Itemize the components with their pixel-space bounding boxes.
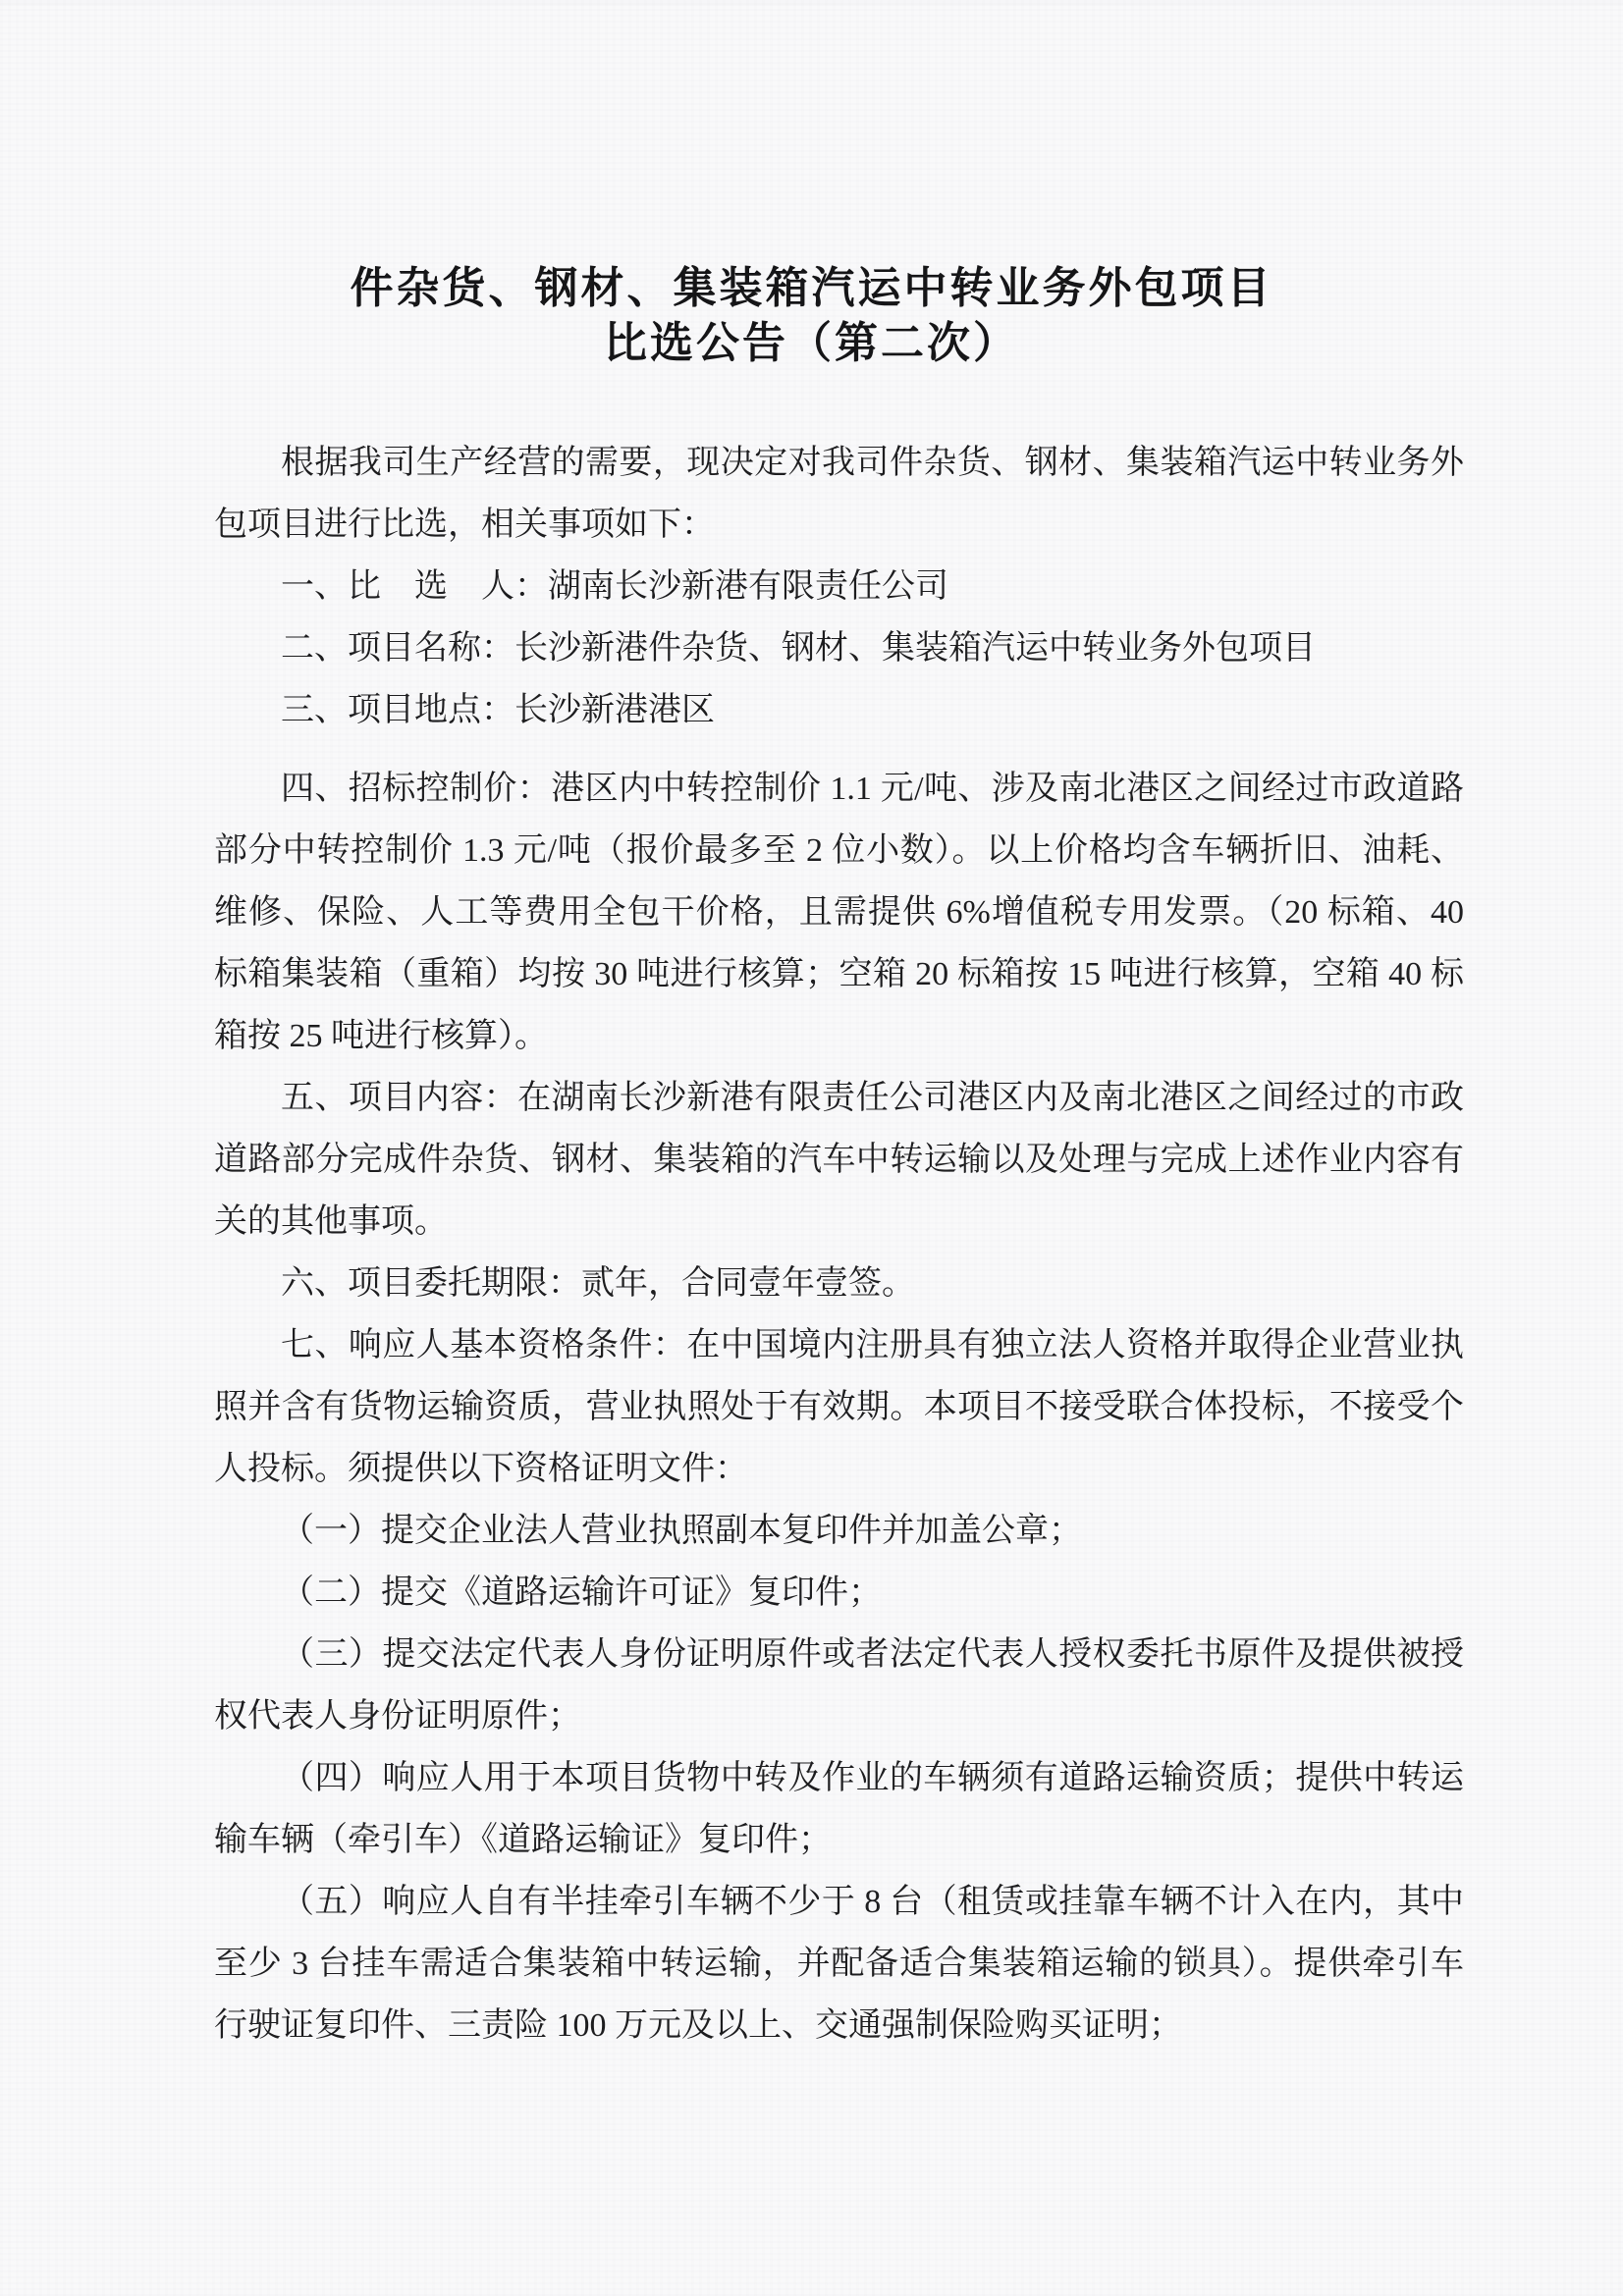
sub-item-2-road-transport-permit: （二）提交《道路运输许可证》复印件； — [214, 1562, 1464, 1624]
item-2-project-name: 二、项目名称：长沙新港件杂货、钢材、集装箱汽运中转业务外包项目 — [214, 617, 1464, 679]
document-title: 件杂货、钢材、集装箱汽运中转业务外包项目 比选公告（第二次） — [0, 0, 1623, 371]
item-5-project-content: 五、项目内容：在湖南长沙新港有限责任公司港区内及南北港区之间经过的市政道路部分完… — [214, 1067, 1464, 1253]
sub-item-4-vehicle-qualification: （四）响应人用于本项目货物中转及作业的车辆须有道路运输资质；提供中转运输车辆（牵… — [214, 1747, 1464, 1871]
item-1-selecting-party: 一、比 选 人：湖南长沙新港有限责任公司 — [214, 556, 1464, 617]
item-6-entrustment-period: 六、项目委托期限：贰年，合同壹年壹签。 — [214, 1253, 1464, 1314]
sub-item-1-business-license: （一）提交企业法人营业执照副本复印件并加盖公章； — [214, 1500, 1464, 1562]
item-3-project-location: 三、项目地点：长沙新港港区 — [214, 679, 1464, 741]
document-page: 件杂货、钢材、集装箱汽运中转业务外包项目 比选公告（第二次） 根据我司生产经营的… — [0, 0, 1623, 2296]
item-7-qualification-requirements: 七、响应人基本资格条件：在中国境内注册具有独立法人资格并取得企业营业执照并含有货… — [214, 1314, 1464, 1500]
sub-item-5-tractor-fleet-requirement: （五）响应人自有半挂牵引车辆不少于 8 台（租赁或挂靠车辆不计入在内，其中至少 … — [214, 1871, 1464, 2056]
item-4-bid-control-price: 四、招标控制价：港区内中转控制价 1.1 元/吨、涉及南北港区之间经过市政道路部… — [214, 758, 1464, 1067]
sub-item-3-legal-representative-id: （三）提交法定代表人身份证明原件或者法定代表人授权委托书原件及提供被授权代表人身… — [214, 1624, 1464, 1747]
document-title-line-2: 比选公告（第二次） — [0, 316, 1623, 371]
document-title-line-1: 件杂货、钢材、集装箱汽运中转业务外包项目 — [0, 261, 1623, 316]
paragraph-intro: 根据我司生产经营的需要，现决定对我司件杂货、钢材、集装箱汽运中转业务外包项目进行… — [214, 432, 1464, 556]
document-body: 根据我司生产经营的需要，现决定对我司件杂货、钢材、集装箱汽运中转业务外包项目进行… — [214, 432, 1464, 2056]
